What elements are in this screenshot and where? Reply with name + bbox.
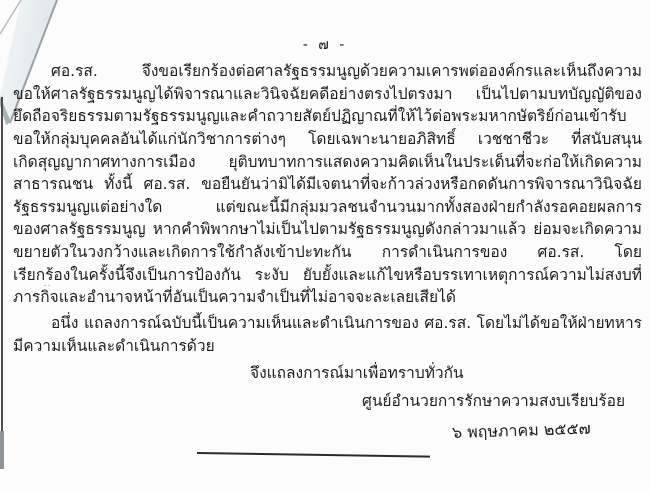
text-line: เกิดสุญญากาศทางการเมือง ยุติบทบาทการแสดง…: [13, 151, 642, 174]
text-line: ขอให้ศาลรัฐธรรมนูญได้พิจารณาและวินิจฉัยค…: [13, 83, 642, 106]
text-line: ขอให้กลุ่มบุคคลอันได้แก่นักวิชาการต่างๆ …: [13, 128, 642, 151]
document-date: ๖ พฤษภาคม ๒๕๕๗: [452, 417, 591, 446]
text-line: ศอ.รส. จึงขอเรียกร้องต่อศาลรัฐธรรมนูญด้ว…: [13, 60, 642, 83]
text-line: อนึ่ง แถลงการณ์ฉบับนี้เป็นความเห็นและดำเ…: [13, 312, 642, 335]
paragraph-1: ศอ.รส. จึงขอเรียกร้องต่อศาลรัฐธรรมนูญด้ว…: [13, 60, 642, 309]
issuing-organization: ศูนย์อำนวยการรักษาความสงบเรียบร้อย: [362, 388, 625, 413]
scan-edge-smudge: [0, 431, 4, 469]
text-line: ยึดถือจริยธรรมตามรัฐธรรมนูญและคำถวายสัตย…: [13, 105, 642, 128]
closing-statement: จึงแถลงการณ์มาเพื่อทราบทั่วกัน: [250, 360, 464, 385]
text-line: รัฐธรรมนูญแต่อย่างใด แต่ขณะนี้มีกลุ่มมวล…: [13, 196, 642, 219]
text-line: เรียกร้องในครั้งนี้จึงเป็นการป้องกัน ระง…: [13, 264, 642, 287]
signature-divider-line: [197, 452, 430, 458]
text-line: ของศาลรัฐธรรมนูญ หากคำพิพากษาไม่เป็นไปตา…: [13, 218, 642, 241]
scan-edge-line: [1, 97, 3, 431]
paragraph-2: อนึ่ง แถลงการณ์ฉบับนี้เป็นความเห็นและดำเ…: [13, 312, 642, 357]
text-line: สาธารณชน ทั้งนี้ ศอ.รส. ขอยืนยันว่ามิได้…: [13, 173, 642, 196]
text-line: ภารกิจและอำนาจหน้าที่อันเป็นความจำเป็นที…: [13, 286, 642, 309]
text-line: มีความเห็นและดำเนินการด้วย: [13, 335, 642, 358]
text-line: ขยายตัวในวงกว้างและเกิดการใช้กำลังเข้าปะ…: [13, 241, 642, 264]
page-number: - ๗ -: [0, 34, 650, 56]
scanned-document-page: - ๗ - ศอ.รส. จึงขอเรียกร้องต่อศาลรัฐธรรม…: [0, 0, 650, 494]
